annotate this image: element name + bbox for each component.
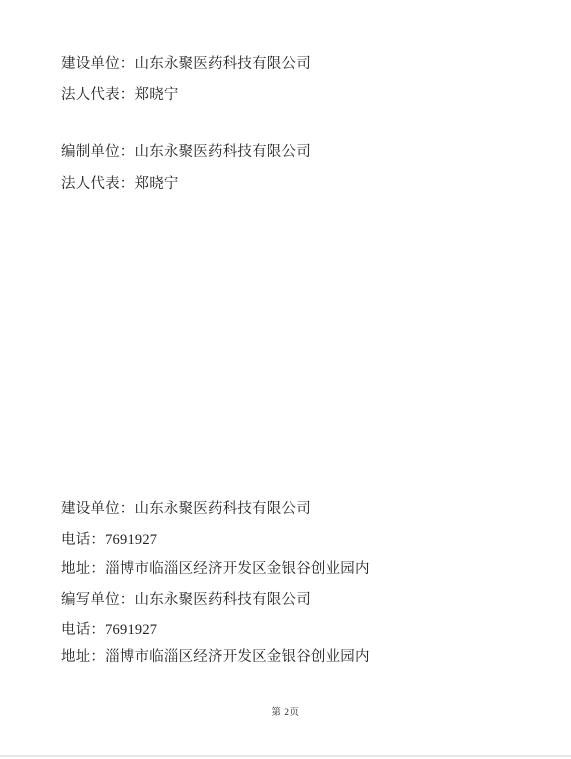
line-address: 地址：淄博市临淄区经济开发区金银谷创业园内 bbox=[61, 561, 370, 577]
line-phone: 电话：7691927 bbox=[61, 532, 157, 548]
line-construction-unit: 建设单位：山东永聚医药科技有限公司 bbox=[61, 56, 311, 72]
line-address: 地址：淄博市临淄区经济开发区金银谷创业园内 bbox=[61, 649, 370, 665]
line-writing-unit: 编写单位：山东永聚医药科技有限公司 bbox=[61, 592, 311, 608]
line-construction-unit: 建设单位：山东永聚医药科技有限公司 bbox=[61, 501, 311, 517]
document-page: 建设单位：山东永聚医药科技有限公司 法人代表：郑晓宁 编制单位：山东永聚医药科技… bbox=[0, 0, 571, 759]
page-bottom-edge bbox=[0, 755, 571, 757]
line-phone: 电话：7691927 bbox=[61, 622, 157, 638]
line-legal-representative: 法人代表：郑晓宁 bbox=[61, 87, 179, 103]
page-number: 第 2页 bbox=[0, 708, 571, 719]
line-legal-representative: 法人代表：郑晓宁 bbox=[61, 176, 179, 192]
line-compiling-unit: 编制单位：山东永聚医药科技有限公司 bbox=[61, 144, 311, 160]
